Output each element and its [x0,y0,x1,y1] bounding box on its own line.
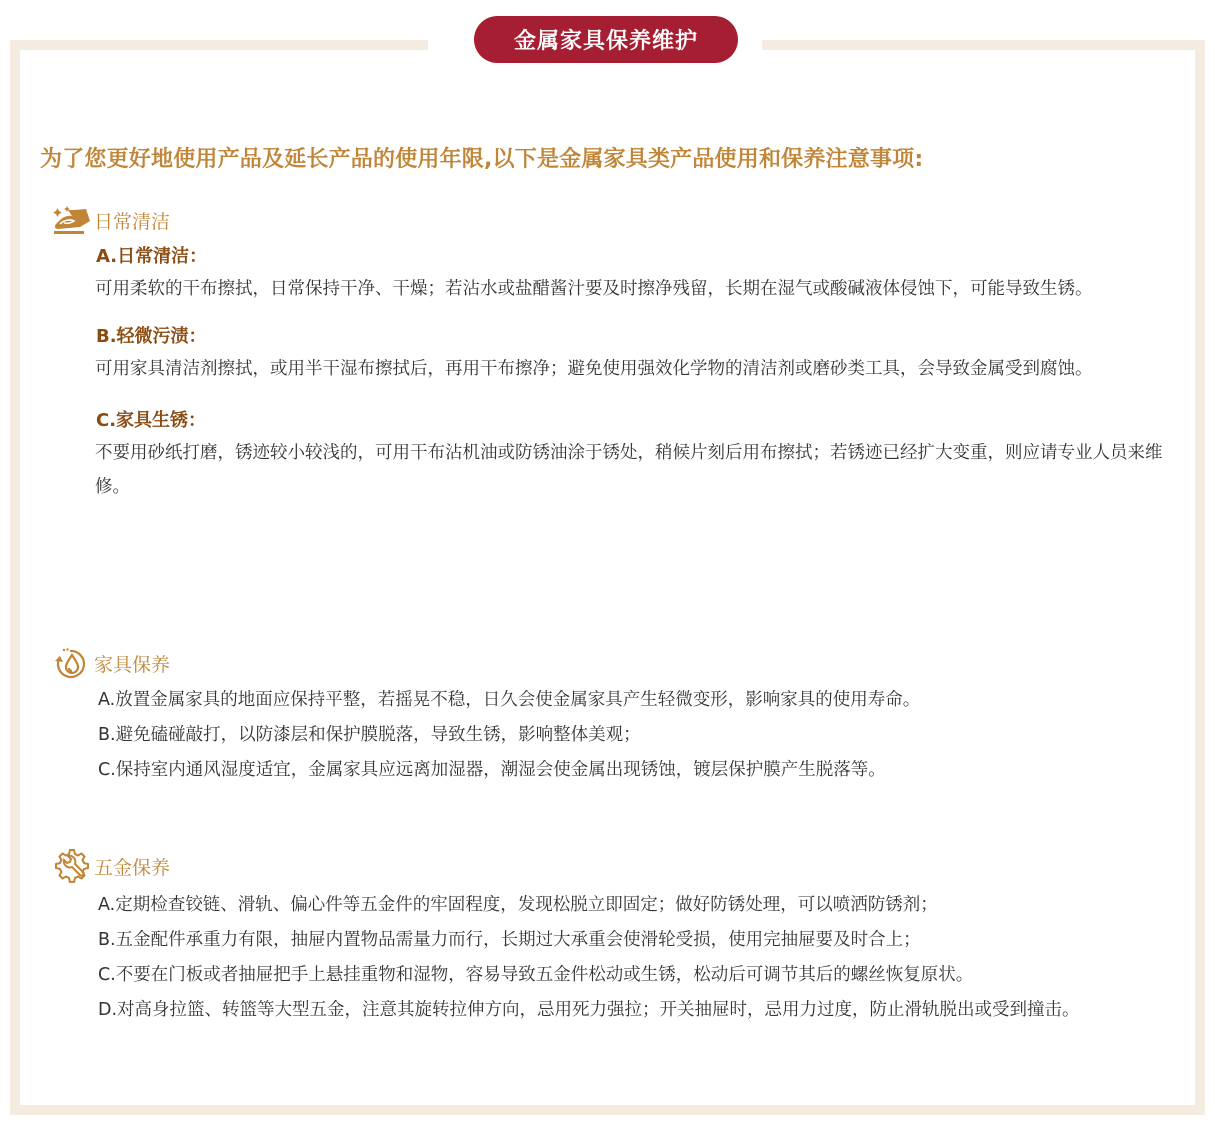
list-item: C.保持室内通风湿度适宜，金属家具应远离加湿器，潮湿会使金属出现锈蚀，镀层保护膜… [98,753,1118,788]
furniture-maintenance-list: A.放置金属家具的地面应保持平整，若摇晃不稳，日久会使金属家具产生轻微变形，影响… [52,683,1192,788]
subsection-body: 可用柔软的干布擦拭，日常保持干净、干燥；若沾水或盐醋酱汁要及时擦净残留，长期在湿… [95,272,1175,306]
list-item: D.对高身拉篮、转篮等大型五金，注意其旋转拉伸方向，忌用死力强拉；开关抽屉时，忌… [98,993,1118,1028]
intro-text: 为了您更好地使用产品及延长产品的使用年限,以下是金属家具类产品使用和保养注意事项… [40,142,1190,173]
list-item: B.五金配件承重力有限，抽屉内置物品需量力而行，长期过大承重会使滑轮受损，使用完… [98,923,1118,958]
page-title: 金属家具保养维护 [474,16,738,63]
list-item: C.不要在门板或者抽屉把手上悬挂重物和湿物，容易导致五金件松动或生锈，松动后可调… [98,958,1118,993]
hardware-maintenance-list: A.定期检查铰链、滑轨、偏心件等五金件的牢固程度，发现松脱立即固定；做好防锈处理… [52,888,1192,1028]
list-item: A.定期检查铰链、滑轨、偏心件等五金件的牢固程度，发现松脱立即固定；做好防锈处理… [98,888,1118,923]
subsection-light-stains: B.轻微污渍： 可用家具清洁剂擦拭，或用半干湿布擦拭后，再用干布擦净；避免使用强… [52,322,1192,386]
hand-wash-sparkle-icon [52,202,92,238]
water-drop-cycle-icon [52,645,92,681]
section-furniture-maintenance: 家具保养 A.放置金属家具的地面应保持平整，若摇晃不稳，日久会使金属家具产生轻微… [52,645,1192,788]
section-title: 家具保养 [94,650,170,677]
section-daily-cleaning: 日常清洁 A.日常清洁： 可用柔软的干布擦拭，日常保持干净、干燥；若沾水或盐醋酱… [52,202,1192,504]
section-header: 家具保养 [52,645,1192,681]
section-header: 五金保养 [52,848,1192,884]
subsection-title: B.轻微污渍： [96,322,1192,348]
subsection-daily: A.日常清洁： 可用柔软的干布擦拭，日常保持干净、干燥；若沾水或盐醋酱汁要及时擦… [52,242,1192,306]
section-hardware-maintenance: 五金保养 A.定期检查铰链、滑轨、偏心件等五金件的牢固程度，发现松脱立即固定；做… [52,848,1192,1028]
section-title: 五金保养 [94,853,170,880]
gear-wrench-icon [52,848,92,884]
subsection-title: C.家具生锈： [96,406,1192,432]
subsection-body: 可用家具清洁剂擦拭，或用半干湿布擦拭后，再用干布擦净；避免使用强效化学物的清洁剂… [95,352,1175,386]
subsection-body: 不要用砂纸打磨，锈迹较小较浅的，可用干布沾机油或防锈油涂于锈处，稍候片刻后用布擦… [95,436,1175,504]
list-item: B.避免磕碰敲打，以防漆层和保护膜脱落，导致生锈，影响整体美观； [98,718,1118,753]
subsection-title: A.日常清洁： [96,242,1192,268]
list-item: A.放置金属家具的地面应保持平整，若摇晃不稳，日久会使金属家具产生轻微变形，影响… [98,683,1118,718]
subsection-rust: C.家具生锈： 不要用砂纸打磨，锈迹较小较浅的，可用干布沾机油或防锈油涂于锈处，… [52,406,1192,504]
section-header: 日常清洁 [52,202,1192,238]
section-title: 日常清洁 [94,207,170,234]
